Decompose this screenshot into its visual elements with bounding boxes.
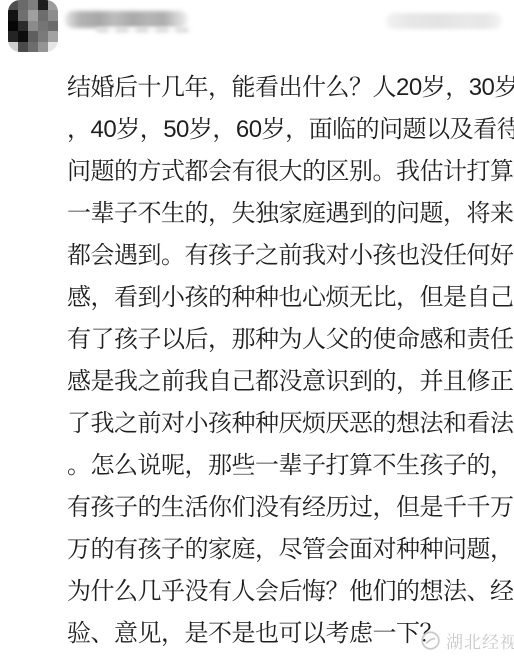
post-text-line: 问题的方式都会有很大的区别。我估计打算 xyxy=(67,151,503,193)
avatar-tile xyxy=(48,21,58,31)
avatar-tile xyxy=(48,0,58,10)
avatar-tile xyxy=(8,31,18,41)
post-text-line: 有孩子的生活你们没有经历过，但是千千万 xyxy=(67,487,503,529)
redacted-top-right-action xyxy=(386,13,502,29)
avatar-tile xyxy=(28,0,38,10)
avatar-tile xyxy=(48,42,58,52)
post-text-line: 。怎么说呢，那些一辈子打算不生孩子的， xyxy=(67,445,503,487)
avatar-tile xyxy=(8,0,18,10)
post-text-line: 结婚后十几年，能看出什么？人20岁，30岁 xyxy=(67,67,503,109)
avatar-tile xyxy=(8,10,18,20)
avatar-tile xyxy=(38,0,48,10)
avatar-tile xyxy=(38,42,48,52)
avatar-tile xyxy=(38,10,48,20)
post-text-line: 感，看到小孩的种种也心烦无比，但是自己 xyxy=(67,277,503,319)
avatar-tile xyxy=(18,0,28,10)
avatar-tile xyxy=(18,31,28,41)
avatar-tile xyxy=(28,10,38,20)
post-text-line: 有了孩子以后，那种为人父的使命感和责任 xyxy=(67,319,503,361)
post-text-line: 了我之前对小孩种种厌烦厌恶的想法和看法 xyxy=(67,403,503,445)
avatar-tile xyxy=(38,31,48,41)
post-text-line: 一辈子不生的，失独家庭遇到的问题，将来 xyxy=(67,193,503,235)
avatar-tile xyxy=(18,21,28,31)
redacted-username xyxy=(65,11,188,28)
post-text-line: 万的有孩子的家庭，尽管会面对种种问题， xyxy=(67,529,503,571)
post-text-line: 都会遇到。有孩子之前我对小孩也没任何好 xyxy=(67,235,503,277)
avatar-tile xyxy=(18,10,28,20)
avatar-tile xyxy=(28,42,38,52)
avatar[interactable] xyxy=(8,0,58,52)
post-text-line: 感是我之前我自己都没意识到的，并且修正 xyxy=(67,361,503,403)
tv-station-logo-icon xyxy=(420,630,441,651)
avatar-tile xyxy=(18,42,28,52)
avatar-tile xyxy=(8,21,18,31)
post-text-line: 为什么几乎没有人会后悔？他们的想法、经 xyxy=(67,571,503,613)
post-text: 结婚后十几年，能看出什么？人20岁，30岁 ，40岁，50岁，60岁，面临的问题… xyxy=(67,67,503,655)
redacted-username-subline xyxy=(96,27,192,33)
watermark: 湖北经视 xyxy=(420,628,514,652)
avatar-tile xyxy=(8,42,18,52)
avatar-tile xyxy=(48,10,58,20)
post-text-line: ，40岁，50岁，60岁，面临的问题以及看待 xyxy=(67,109,503,151)
avatar-tile xyxy=(28,31,38,41)
avatar-tile xyxy=(38,21,48,31)
avatar-tile xyxy=(28,21,38,31)
avatar-tile xyxy=(48,31,58,41)
watermark-label: 湖北经视 xyxy=(446,628,514,653)
